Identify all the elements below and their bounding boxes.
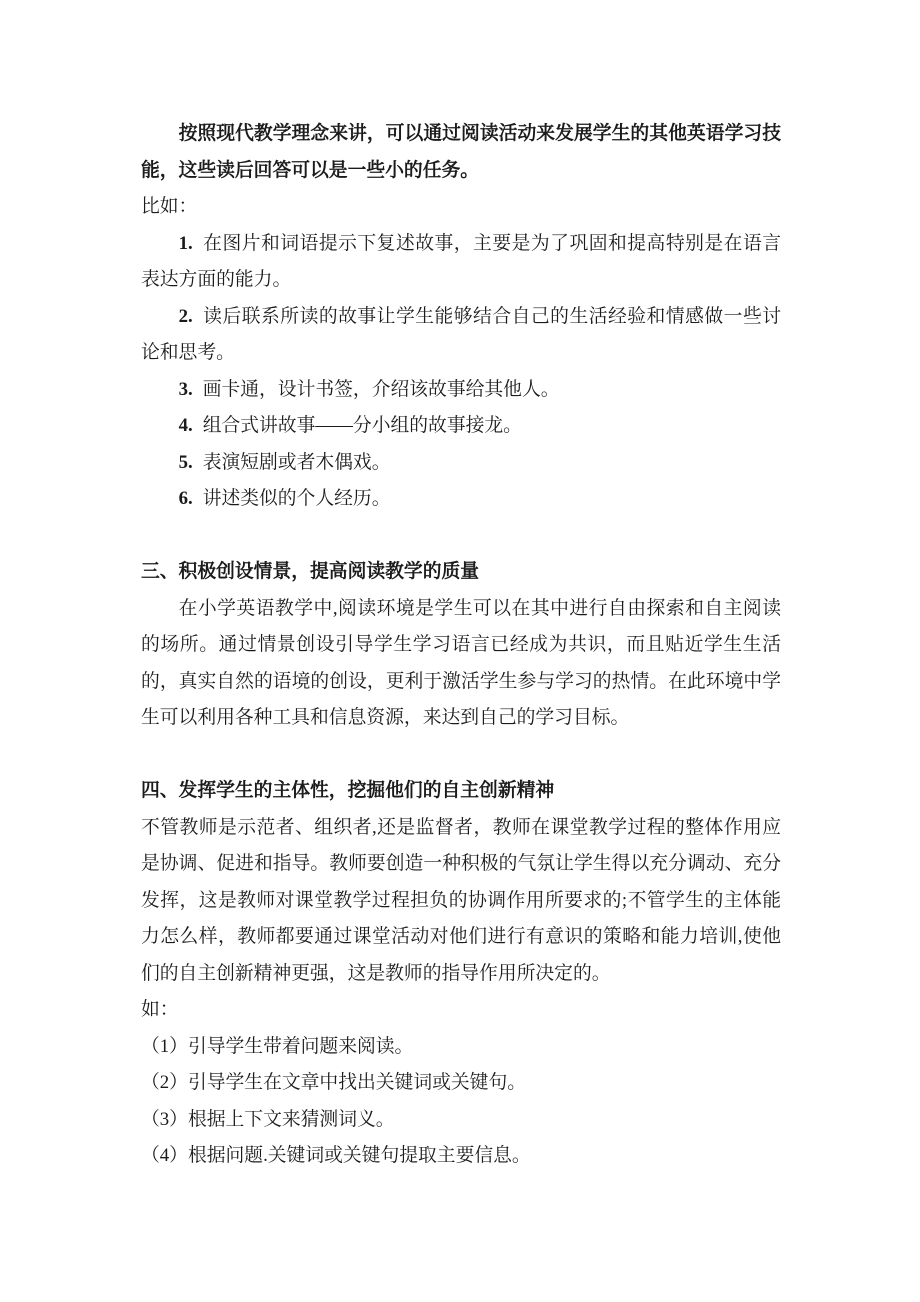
example-item-2: 2.读后联系所读的故事让学生能够结合自己的生活经验和情感做一些讨论和思考。 bbox=[141, 299, 781, 372]
example-item-text: 读后联系所读的故事让学生能够结合自己的生活经验和情感做一些讨论和思考。 bbox=[141, 306, 781, 364]
example-item-number: 1. bbox=[179, 233, 193, 254]
strategy-item-3: （3）根据上下文来猜测词义。 bbox=[141, 1102, 781, 1139]
example-item-5: 5.表演短剧或者木偶戏。 bbox=[141, 445, 781, 482]
example-item-number: 2. bbox=[179, 306, 193, 327]
section-three-body: 在小学英语教学中,阅读环境是学生可以在其中进行自由探索和自主阅读的场所。通过情景… bbox=[141, 591, 781, 737]
example-item-number: 4. bbox=[179, 415, 193, 436]
example-item-text: 表演短剧或者木偶戏。 bbox=[203, 452, 391, 473]
example-item-6: 6.讲述类似的个人经历。 bbox=[141, 481, 781, 518]
example-item-3: 3.画卡通，设计书签，介绍该故事给其他人。 bbox=[141, 372, 781, 409]
strategy-item-1: （1）引导学生带着问题来阅读。 bbox=[141, 1029, 781, 1066]
examples-lead: 比如： bbox=[141, 189, 781, 226]
intro-paragraph: 按照现代教学理念来讲，可以通过阅读活动来发展学生的其他英语学习技能，这些读后回答… bbox=[141, 116, 781, 189]
document-page: 按照现代教学理念来讲，可以通过阅读活动来发展学生的其他英语学习技能，这些读后回答… bbox=[0, 0, 920, 1302]
example-item-number: 6. bbox=[179, 488, 193, 509]
example-item-text: 画卡通，设计书签，介绍该故事给其他人。 bbox=[203, 379, 560, 400]
strategy-item-4: （4）根据问题.关键词或关键句提取主要信息。 bbox=[141, 1138, 781, 1175]
example-item-number: 5. bbox=[179, 452, 193, 473]
such-as-lead: 如： bbox=[141, 992, 781, 1029]
example-item-4: 4.组合式讲故事——分小组的故事接龙。 bbox=[141, 408, 781, 445]
section-four-body: 不管教师是示范者、组织者,还是监督者，教师在课堂教学过程的整体作用应是协调、促进… bbox=[141, 810, 781, 993]
section-three-heading: 三、积极创设情景，提高阅读教学的质量 bbox=[141, 554, 781, 591]
example-item-text: 组合式讲故事——分小组的故事接龙。 bbox=[203, 415, 522, 436]
strategy-item-2: （2）引导学生在文章中找出关键词或关键句。 bbox=[141, 1065, 781, 1102]
section-four-heading: 四、发挥学生的主体性，挖掘他们的自主创新精神 bbox=[141, 773, 781, 810]
example-item-number: 3. bbox=[179, 379, 193, 400]
example-item-text: 在图片和词语提示下复述故事，主要是为了巩固和提高特别是在语言表达方面的能力。 bbox=[141, 233, 781, 291]
example-item-1: 1.在图片和词语提示下复述故事，主要是为了巩固和提高特别是在语言表达方面的能力。 bbox=[141, 226, 781, 299]
document-text-block: 按照现代教学理念来讲，可以通过阅读活动来发展学生的其他英语学习技能，这些读后回答… bbox=[141, 116, 781, 1175]
example-item-text: 讲述类似的个人经历。 bbox=[203, 488, 391, 509]
